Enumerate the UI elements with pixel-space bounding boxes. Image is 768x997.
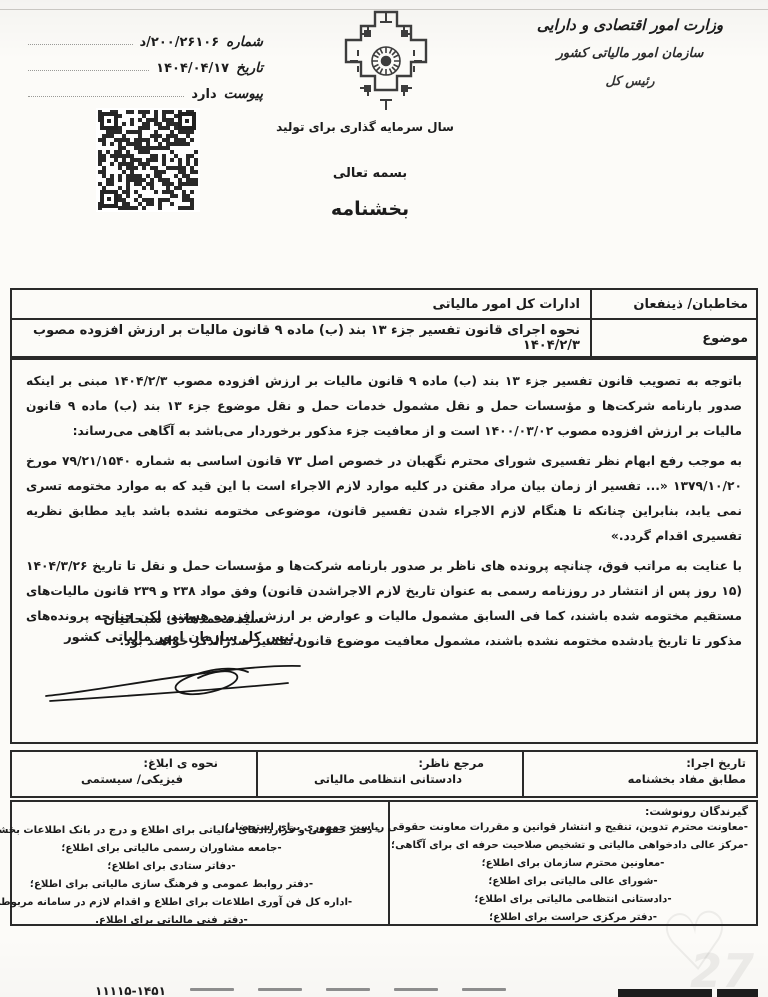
ministry-name: وزارت امور اقتصادی و دارایی [510,16,750,34]
cc-title: گیرندگان رونوشت: [398,805,748,818]
cc-left-column: - دفتر حقوقی و قراردادهای مالیاتی برای ا… [0,802,388,924]
cc-item: -دفاتر ستادی برای اطلاع؛ [0,858,380,876]
delivery-method-cell: نحوه ی ابلاغ: فیزیکی/ سیستمی [12,752,258,796]
clipped-footer-text [190,988,234,991]
delivery-method-label: نحوه ی ابلاغ: [18,756,246,770]
subject-row: موضوع نحوه اجرای قانون تفسیر جزء ۱۳ بند … [12,318,756,356]
signer-title: رئیس کل سازمان امور مالیاتی کشور [58,630,308,645]
bismillah-text: بسمه تعالی [0,166,740,181]
execution-date-label: تاریخ اجرا: [530,756,746,770]
attachment-label: پیوست [224,86,263,102]
execution-date-cell: تاریخ اجرا: مطابق مفاد بخشنامه [524,752,756,796]
organization-name: سازمان امور مالیاتی کشور [510,46,750,61]
cc-item: -دفتر روابط عمومی و فرهنگ سازی مالیاتی ب… [0,876,380,894]
audience-value: ادارات کل امور مالیاتی [12,290,590,318]
tax-organization-emblem-icon [338,6,434,118]
letterhead: وزارت امور اقتصادی و دارایی سازمان امور … [510,16,750,88]
attachment-row: پیوست دارد [28,76,263,102]
number-value: د/۲۰۰/۲۶۱۰۶ [140,35,220,50]
cc-recipients-box: گیرندگان رونوشت: -معاونت محترم تدوین، تن… [10,800,758,926]
subject-value: نحوه اجرای قانون تفسیر جزء ۱۳ بند (ب) ما… [12,320,590,356]
body-paragraph: باتوجه به تصویب قانون تفسیر جزء ۱۳ بند (… [26,369,742,444]
date-label: تاریخ [236,60,263,76]
execution-info-table: تاریخ اجرا: مطابق مفاد بخشنامه مرجع ناظر… [10,750,758,798]
supervisor-label: مرجع ناظر: [264,756,512,770]
signature-block: سید محمدهادی سبحانیان رئیس کل سازمان امو… [58,612,308,645]
document-meta: شماره د/۲۰۰/۲۶۱۰۶ تاریخ ۱۴۰۴/۰۴/۱۷ پیوست… [28,24,263,102]
clipped-footer-text [462,988,506,991]
cc-item: -اداره کل فن آوری اطلاعات برای اطلاع و ا… [0,894,380,912]
office-name: رئیس کل [510,73,750,88]
dotted-leader [28,95,184,97]
cc-item: -دفتر فنی مالیاتی برای اطلاع. [0,912,380,930]
cc-item: -جامعه مشاوران رسمی مالیاتی برای اطلاع؛ [0,840,380,858]
supervisor-cell: مرجع ناظر: دادستانی انتظامی مالیاتی [258,752,524,796]
dotted-leader [28,69,149,71]
attachment-value: دارد [191,87,216,102]
signer-name: سید محمدهادی سبحانیان [58,612,308,627]
postal-code: ۱۱۱۱۵-۱۴۵۱ [95,984,166,997]
number-row: شماره د/۲۰۰/۲۶۱۰۶ [28,24,263,50]
circular-document-page: وزارت امور اقتصادی و دارایی سازمان امور … [0,0,768,997]
subject-label: موضوع [590,320,756,356]
header-table: مخاطبان/ ذینفعان ادارات کل امور مالیاتی … [10,288,758,358]
clipped-footer-text [326,988,370,991]
document-type-title: بخشنامه [0,198,740,220]
page-footer-clipped: ۱۱۱۱۵-۱۴۵۱ [95,984,545,997]
watermark-number: 27 [690,948,754,994]
year-slogan: سال سرمایه گذاری برای تولید [0,120,730,134]
date-row: تاریخ ۱۴۰۴/۰۴/۱۷ [28,50,263,76]
number-label: شماره [226,34,263,50]
delivery-method-value: فیزیکی/ سیستمی [18,772,246,786]
body-paragraph: به موجب رفع ابهام نظر تفسیری شورای محترم… [26,449,742,549]
clipped-footer-text [258,988,302,991]
footer-black-bar [618,989,712,997]
handwritten-signature [38,648,318,708]
cc-item: - دفتر حقوقی و قراردادهای مالیاتی برای ا… [0,822,380,840]
cc-item: -شورای عالی مالیاتی برای اطلاع؛ [398,873,748,891]
dotted-leader [28,43,133,45]
execution-date-value: مطابق مفاد بخشنامه [530,772,746,786]
cc-item: -معاونت محترم تدوین، تنقیح و انتشار قوان… [398,819,748,837]
audience-label: مخاطبان/ ذینفعان [590,290,756,318]
date-value: ۱۴۰۴/۰۴/۱۷ [156,61,229,76]
clipped-footer-text [394,988,438,991]
cc-item: -معاونین محترم سازمان برای اطلاع؛ [398,855,748,873]
footer-black-bar [717,989,758,997]
cc-item: -مرکز عالی دادخواهی مالیاتی و تشخیص صلاح… [398,837,748,855]
supervisor-value: دادستانی انتظامی مالیاتی [264,772,512,786]
audience-row: مخاطبان/ ذینفعان ادارات کل امور مالیاتی [12,290,756,318]
